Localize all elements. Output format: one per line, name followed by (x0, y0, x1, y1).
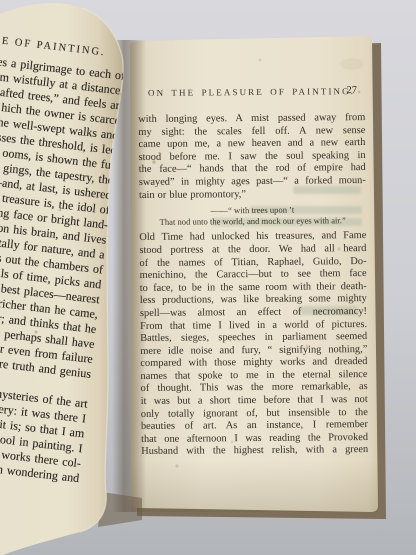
book-photo: { "photo": { "palette": { "backdrop_gray… (0, 0, 416, 555)
paragraph-1: with longing eyes. A mist passed away fr… (138, 112, 366, 202)
verse-quote: ——“ with trees upon ’tThat nod unto the … (139, 204, 366, 227)
page-number: 27 (346, 85, 357, 96)
right-page-bottom-shading (131, 460, 378, 512)
body-line: swayed” in mighty ages past—“ a forked m… (139, 175, 366, 190)
poem-line: That nod unto the world, and mock our ey… (139, 215, 366, 228)
paragraph-2: Old Time had unlocked his treasures, and… (139, 230, 368, 459)
right-page-text: ON THE PLEASURE OF PAINTING. 27 with lon… (138, 86, 368, 459)
running-header: ON THE PLEASURE OF PAINTING. (138, 86, 365, 98)
body-line: tain or blue promontory,” (139, 188, 366, 203)
body-line: Husband with the highest relish, with a … (141, 444, 368, 459)
left-page-lines: es a pilgrimage to each ofem wistfully a… (0, 33, 126, 487)
right-page-header: ON THE PLEASURE OF PAINTING. 27 (138, 86, 365, 99)
